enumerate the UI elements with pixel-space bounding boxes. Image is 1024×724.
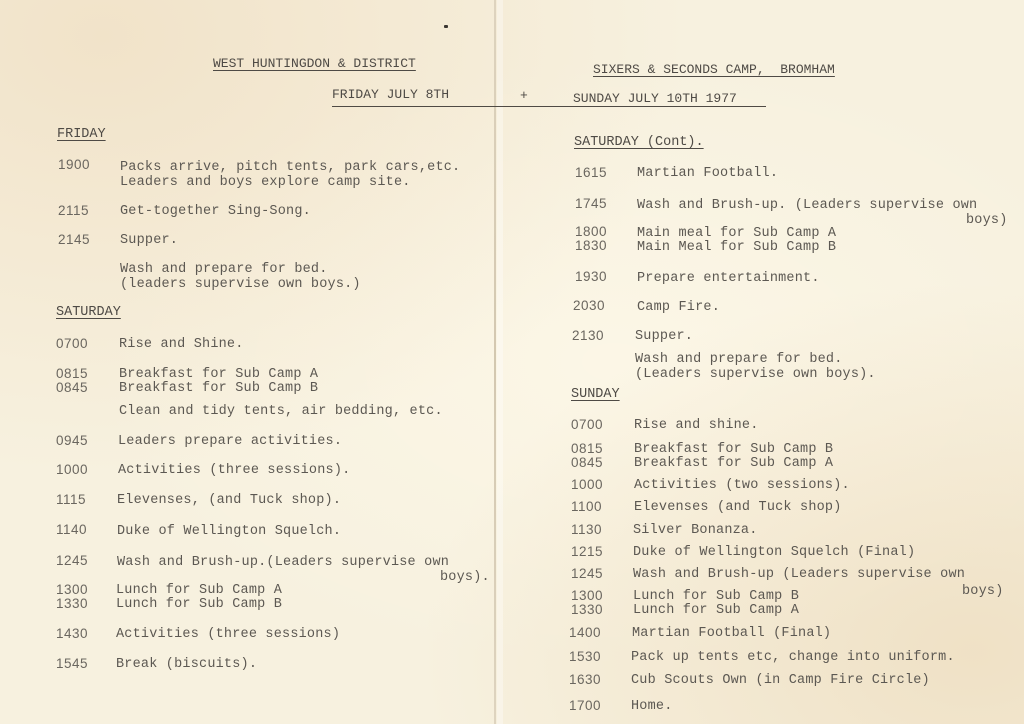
entry-time: 1545: [56, 656, 88, 671]
entry-time: 1430: [56, 626, 88, 641]
entry-text: Main meal for Sub Camp A: [637, 226, 836, 241]
entry-time: 1900: [58, 157, 90, 172]
entry-text: Silver Bonanza.: [633, 523, 758, 538]
header-right-title: SIXERS & SECONDS CAMP, BROMHAM: [593, 62, 835, 77]
entry-time: 0845: [56, 380, 88, 395]
entry-time: 1745: [575, 196, 607, 211]
entry-time: 0945: [56, 433, 88, 448]
section-heading-saturday: SATURDAY: [56, 305, 121, 320]
entry-text: Camp Fire.: [637, 300, 720, 315]
header-date-separator: +: [520, 88, 528, 103]
entry-text: Martian Football.: [637, 166, 778, 181]
entry-text: Activities (two sessions).: [634, 478, 850, 493]
entry-text: Elevenses (and Tuck shop): [634, 500, 842, 515]
entry-text: Lunch for Sub Camp B: [633, 589, 799, 604]
entry-time: 1115: [56, 492, 86, 507]
entry-text-cont: (leaders supervise own boys.): [120, 277, 361, 292]
entry-text: Duke of Wellington Squelch.: [117, 524, 341, 539]
entry-time: 1300: [571, 588, 603, 603]
entry-text-cont: Leaders and boys explore camp site.: [120, 175, 411, 190]
header-date-underline: [332, 106, 766, 107]
entry-text: Duke of Wellington Squelch (Final): [633, 545, 915, 560]
section-heading-sunday: SUNDAY: [571, 387, 620, 402]
entry-text-cont: boys).: [440, 570, 490, 585]
entry-text: Martian Football (Final): [632, 626, 831, 641]
entry-text: Main Meal for Sub Camp B: [637, 240, 836, 255]
header-date-start: FRIDAY JULY 8TH: [332, 87, 449, 102]
entry-text: Clean and tidy tents, air bedding, etc.: [119, 404, 443, 419]
entry-time: 1000: [571, 477, 603, 492]
entry-text: Wash and Brush-up (Leaders supervise own: [633, 567, 965, 582]
page-fold-highlight: [497, 0, 503, 724]
entry-text: Wash and Brush-up. (Leaders supervise ow…: [637, 198, 977, 213]
entry-time: 1330: [56, 596, 88, 611]
entry-time: 2030: [573, 298, 605, 313]
entry-time: 1700: [569, 698, 601, 713]
header-left-title: WEST HUNTINGDON & DISTRICT: [213, 56, 416, 71]
entry-text: Cub Scouts Own (in Camp Fire Circle): [631, 673, 930, 688]
entry-text: Supper.: [120, 233, 178, 248]
ink-speck: [444, 25, 448, 28]
entry-text: Breakfast for Sub Camp B: [634, 442, 833, 457]
entry-text: Breakfast for Sub Camp A: [119, 367, 318, 382]
entry-time: 1330: [571, 602, 603, 617]
entry-text: Home.: [631, 699, 673, 714]
entry-text: Break (biscuits).: [116, 657, 257, 672]
entry-time: 2115: [58, 203, 89, 218]
entry-text: Lunch for Sub Camp A: [633, 603, 799, 618]
section-heading-friday: FRIDAY: [57, 127, 106, 142]
entry-time: 1615: [575, 165, 607, 180]
entry-time: 1140: [56, 522, 87, 537]
entry-text: Lunch for Sub Camp A: [116, 583, 282, 598]
entry-text: Packs arrive, pitch tents, park cars,etc…: [120, 160, 460, 175]
entry-time: 0815: [571, 441, 603, 456]
entry-text: Activities (three sessions): [116, 627, 340, 642]
entry-text: Breakfast for Sub Camp A: [634, 456, 833, 471]
entry-time: 0815: [56, 366, 88, 381]
entry-time: 1530: [569, 649, 601, 664]
entry-text: Wash and prepare for bed.: [635, 352, 843, 367]
entry-text: Pack up tents etc, change into uniform.: [631, 650, 955, 665]
entry-time: 1630: [569, 672, 601, 687]
entry-text-cont: (Leaders supervise own boys).: [635, 367, 876, 382]
header-date-end: SUNDAY JULY 10TH 1977: [573, 91, 737, 106]
entry-text: Breakfast for Sub Camp B: [119, 381, 318, 396]
entry-time: 1215: [571, 544, 603, 559]
entry-text: Get-together Sing-Song.: [120, 204, 311, 219]
entry-time: 2145: [58, 232, 90, 247]
entry-time: 1930: [575, 269, 607, 284]
entry-text: Wash and prepare for bed.: [120, 262, 328, 277]
entry-time: 1400: [569, 625, 601, 640]
entry-time: 1830: [575, 238, 607, 253]
entry-time: 0700: [56, 336, 88, 351]
entry-time: 1000: [56, 462, 88, 477]
entry-text-cont: boys): [966, 213, 1008, 228]
entry-text: Activities (three sessions).: [118, 463, 350, 478]
entry-text: Rise and shine.: [634, 418, 759, 433]
entry-time: 0845: [571, 455, 603, 470]
entry-time: 1100: [571, 499, 602, 514]
entry-text: Leaders prepare activities.: [118, 434, 342, 449]
entry-text: Wash and Brush-up.(Leaders supervise own: [117, 555, 449, 570]
entry-text: Rise and Shine.: [119, 337, 244, 352]
section-heading-saturday-cont: SATURDAY (Cont).: [574, 135, 704, 150]
entry-time: 0700: [571, 417, 603, 432]
entry-time: 1245: [571, 566, 603, 581]
entry-time: 1800: [575, 224, 607, 239]
entry-text: Lunch for Sub Camp B: [116, 597, 282, 612]
entry-text-cont: boys): [962, 584, 1004, 599]
entry-time: 1300: [56, 582, 88, 597]
entry-time: 1245: [56, 553, 88, 568]
entry-text: Elevenses, (and Tuck shop).: [117, 493, 341, 508]
entry-time: 1130: [571, 522, 602, 537]
entry-text: Prepare entertainment.: [637, 271, 820, 286]
page-fold: [494, 0, 496, 724]
entry-time: 2130: [572, 328, 604, 343]
entry-text: Supper.: [635, 329, 693, 344]
